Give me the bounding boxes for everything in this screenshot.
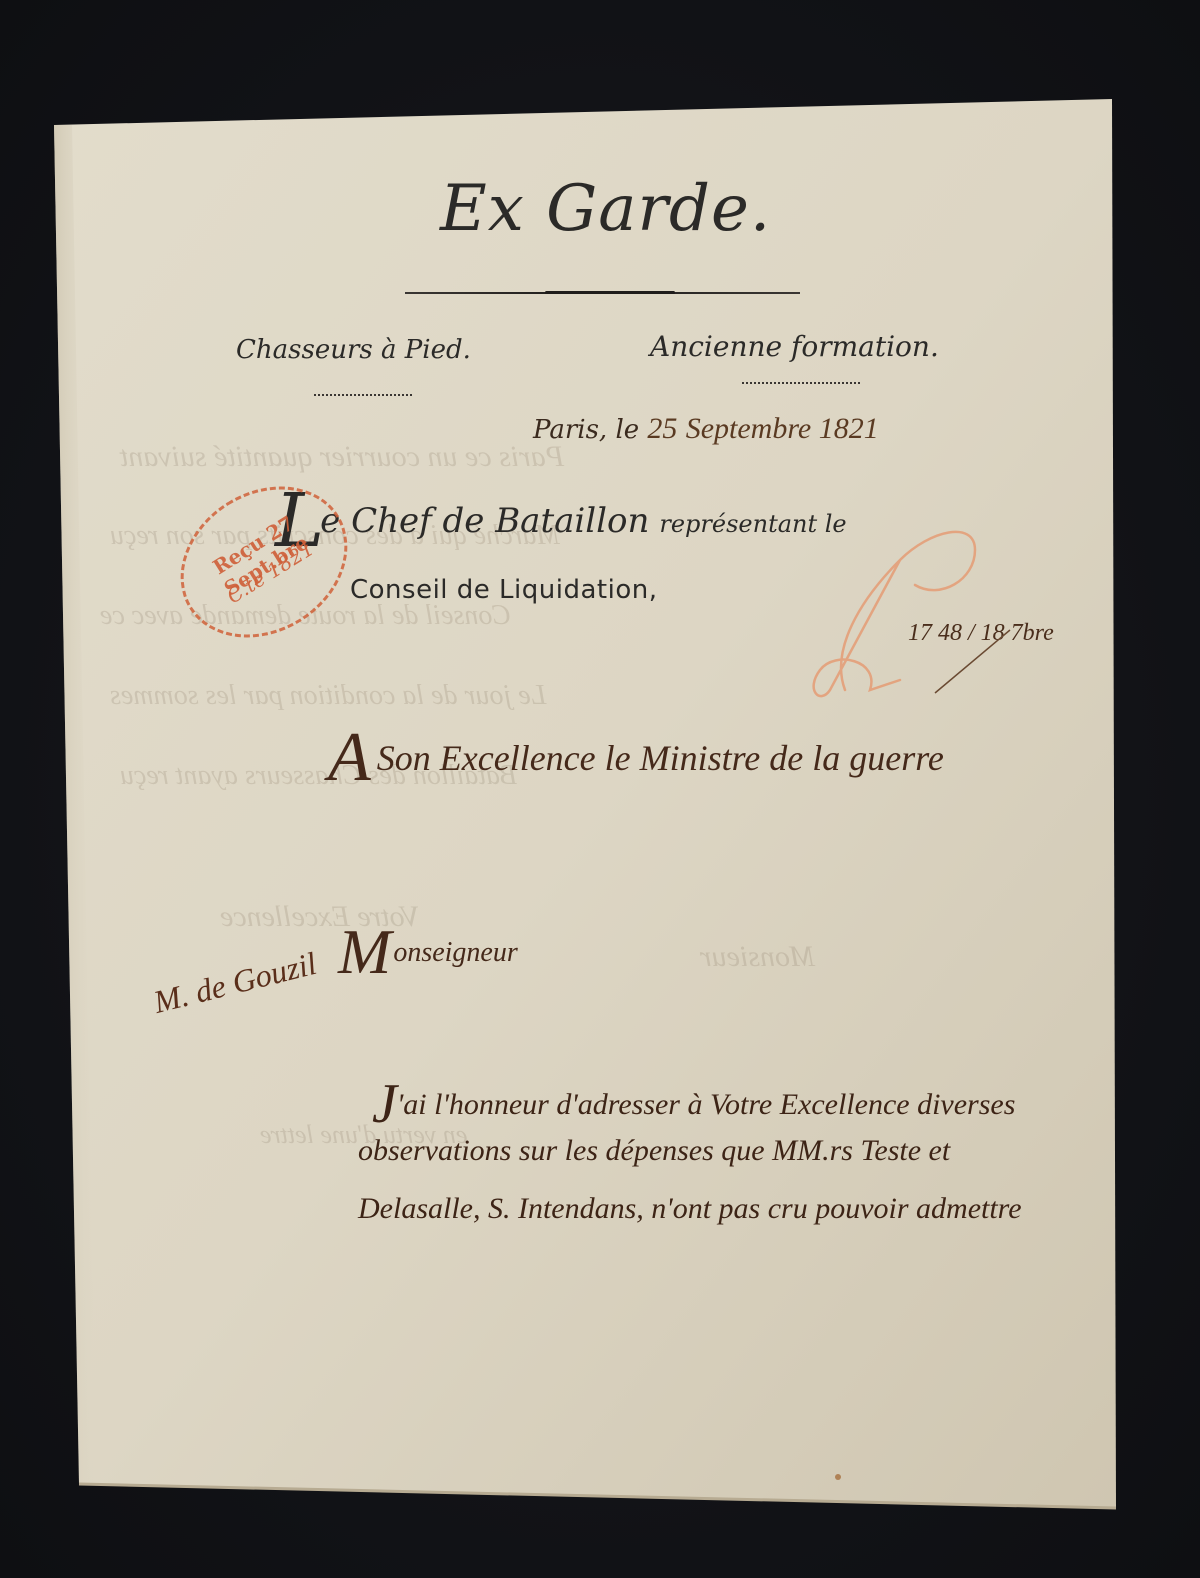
sender-role: représentant le <box>659 510 846 538</box>
salutation: Monseigneur <box>338 915 518 989</box>
addressee-initial: A <box>328 719 371 796</box>
place-date: Paris, le 25 Septembre 1821 <box>533 412 879 446</box>
sender-rank: e Chef de Bataillon <box>320 501 649 541</box>
date-month-year: Septembre 1821 <box>686 412 879 445</box>
date-day: 25 <box>647 412 677 445</box>
addressee: ASon Excellence le Ministre de la guerre <box>328 718 944 798</box>
body-line-3: Delasalle, S. Intendans, n'ont pas cru p… <box>358 1192 1022 1226</box>
salutation-rest: onseigneur <box>393 937 517 968</box>
title-underline-accent <box>545 291 675 294</box>
sender-council: Conseil de Liquidation, <box>350 575 657 605</box>
addressee-name: Son Excellence le Ministre de la guerre <box>377 738 944 778</box>
registry-number: 17 48 / 18 7bre <box>908 620 1054 647</box>
body-line-2: observations sur les dépenses que MM.rs … <box>358 1134 950 1168</box>
photo-backdrop: Paris ce un courrier quantité suivant Ma… <box>0 0 1200 1578</box>
place-prefix: Paris, le <box>533 415 639 445</box>
body-line-1-text: 'ai l'honneur d'adresser à Votre Excelle… <box>397 1088 1016 1121</box>
document-title: Ex Garde. <box>440 172 771 246</box>
body-initial: J <box>372 1073 397 1135</box>
formation-label: Ancienne formation. <box>650 330 939 363</box>
salutation-initial: M <box>338 916 391 987</box>
unit-name: Chasseurs à Pied. <box>236 335 471 365</box>
body-line-1: J'ai l'honneur d'adresser à Votre Excell… <box>372 1072 1015 1136</box>
dotted-rule-right <box>742 382 860 384</box>
dotted-rule-left <box>314 394 412 396</box>
